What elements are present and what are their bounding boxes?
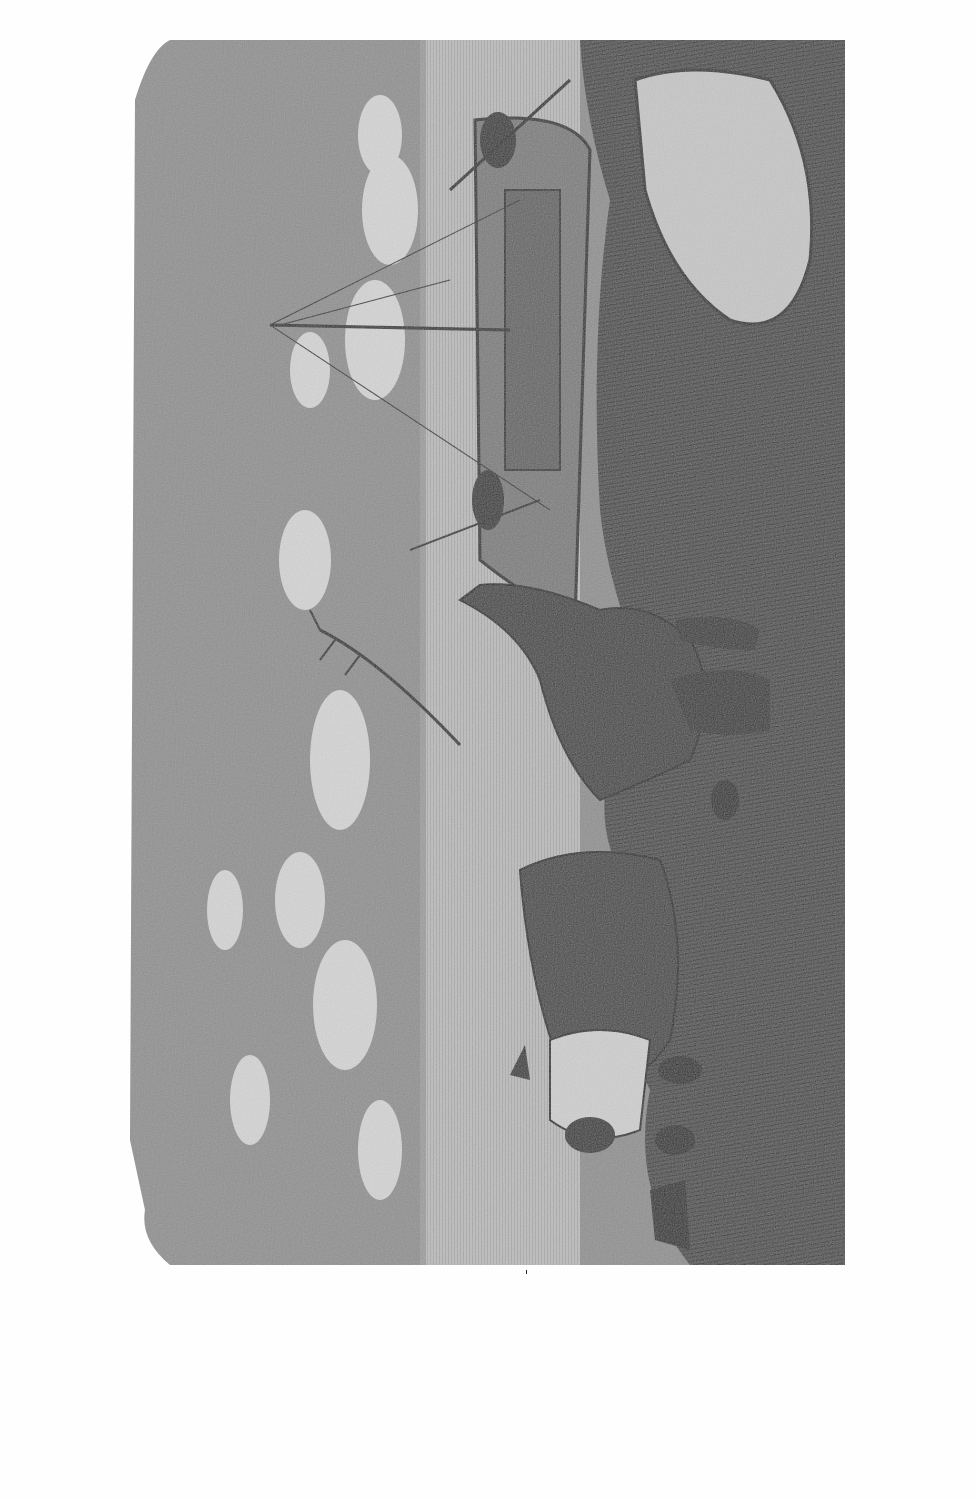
engraving-illustration (130, 40, 845, 1265)
print-mark (526, 1270, 527, 1274)
engraving-plate (130, 40, 845, 1265)
book-page (0, 0, 976, 1500)
